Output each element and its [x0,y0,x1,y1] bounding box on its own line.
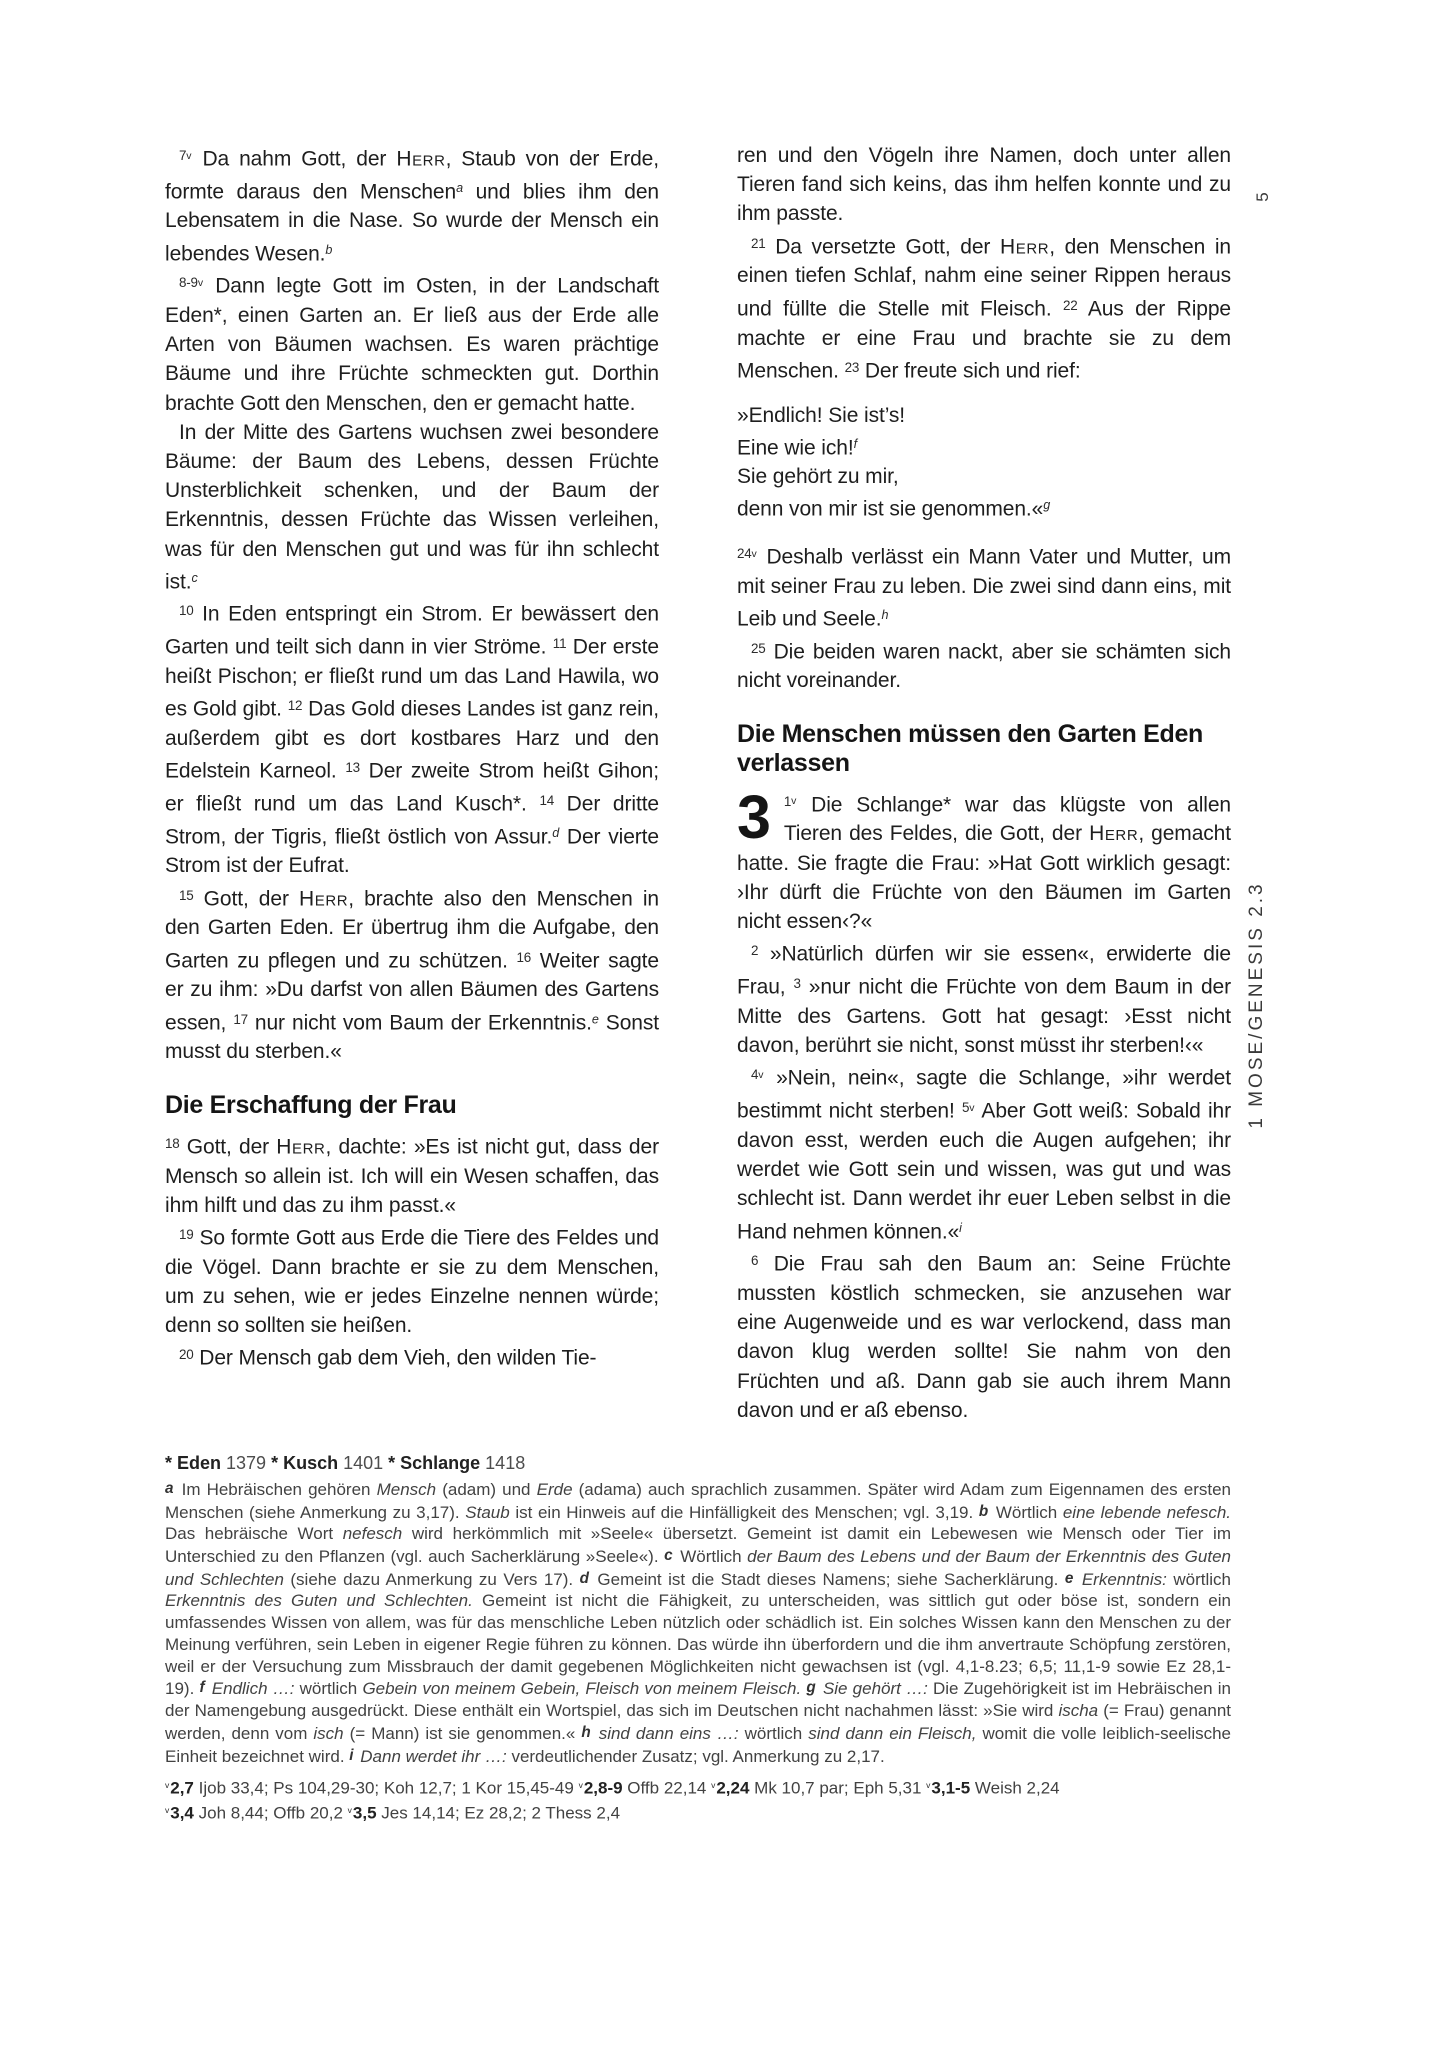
crossref-line-1: v2,7 Ijob 33,4; Ps 104,29-30; Koh 12,7; … [165,1775,1231,1799]
verse-paragraph-2-20-continued: ren und den Vögeln ihre Namen, doch unte… [737,141,1231,229]
crossref-lines: v2,7 Ijob 33,4; Ps 104,29-30; Koh 12,7; … [165,1775,1231,1824]
verse-paragraph-2-24: 24v Deshalb verlässt ein Mann Vater und … [737,539,1231,634]
chapter-3-opening: 3 1v Die Schlange* war das klügste von a… [737,787,1231,937]
text-column-right: ren und den Vögeln ihre Namen, doch unte… [737,141,1231,1425]
margin-running-title: 1 MOSE/GENESIS 2.3 [1246,881,1268,1128]
poem-line: Eine wie ich!f [737,430,1231,463]
verse-paragraph-2-8-9: 8-9v Dann legte Gott im Osten, in der La… [165,268,659,418]
word-register-line: * Eden 1379 * Kusch 1401 * Schlange 1418 [165,1452,1231,1474]
verse-paragraph-2-19: 19 So formte Gott aus Erde die Tiere des… [165,1220,659,1340]
verse-paragraph-2-7: 7v Da nahm Gott, der Herr, Staub von der… [165,141,659,268]
verse-paragraph-2-25: 25 Die beiden waren nackt, aber sie schä… [737,634,1231,696]
section-heading-garten-eden-verlassen: Die Menschen müssen den Garten Eden verl… [737,720,1231,778]
poem-block: »Endlich! Sie ist’s! Eine wie ich!f Sie … [737,401,1231,524]
footnotes-block: * Eden 1379 * Kusch 1401 * Schlange 1418… [165,1452,1231,1824]
text-column-left: 7v Da nahm Gott, der Herr, Staub von der… [165,141,659,1373]
crossref-line-2: v3,4 Joh 8,44; Offb 20,2 v3,5 Jes 14,14;… [165,1800,1231,1824]
verse-paragraph-2-20: 20 Der Mensch gab dem Vieh, den wilden T… [165,1340,659,1373]
chapter-number: 3 [737,787,784,843]
section-heading-erschaffung-der-frau: Die Erschaffung der Frau [165,1091,659,1120]
verse-paragraph-3-4-5: 4v »Nein, nein«, sagte die Schlange, »ih… [737,1060,1231,1246]
poem-line: denn von mir ist sie genommen.«g [737,491,1231,524]
margin-page-number: 5 [1253,192,1273,201]
poem-line: »Endlich! Sie ist’s! [737,401,1231,430]
verse-paragraph-2-15-17: 15 Gott, der Herr, brachte also den Mens… [165,881,659,1067]
bible-page: 7v Da nahm Gott, der Herr, Staub von der… [0,0,1439,2053]
verse-paragraph-2-18: 18 Gott, der Herr, dachte: »Es ist nicht… [165,1129,659,1220]
verse-paragraph-3-1: 1v Die Schlange* war das klügste von all… [737,787,1231,937]
verse-paragraph-2-trees: In der Mitte des Gartens wuchsen zwei be… [165,418,659,597]
verse-paragraph-3-2-3: 2 »Natürlich dürfen wir sie essen«, erwi… [737,936,1231,1060]
poem-line: Sie gehört zu mir, [737,462,1231,491]
verse-paragraph-2-10-14: 10 In Eden entspringt ein Strom. Er bewä… [165,596,659,880]
verse-paragraph-2-21-23: 21 Da versetzte Gott, der Herr, den Mens… [737,229,1231,386]
verse-paragraph-3-6: 6 Die Frau sah den Baum an: Seine Frücht… [737,1246,1231,1425]
footnote-text: a Im Hebräischen gehören Mensch (adam) u… [165,1478,1231,1767]
